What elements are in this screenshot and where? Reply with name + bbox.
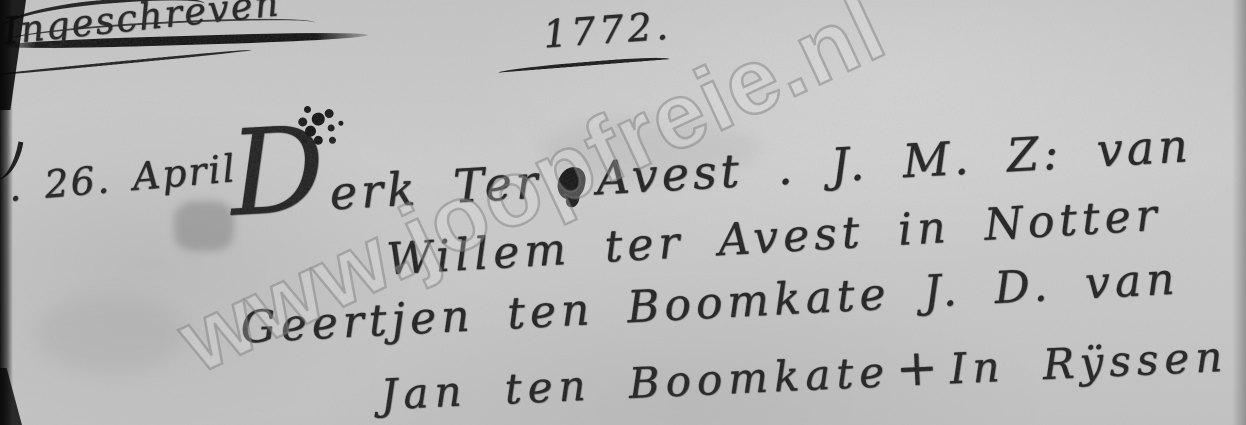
ornate-initial: D	[226, 100, 328, 243]
father-bride-name: Jan ten Boomkate	[379, 347, 891, 419]
ink-smudge	[174, 201, 234, 251]
cross-mark: +	[894, 338, 944, 398]
scan-edge-top-left	[0, 0, 26, 110]
paper-stain	[36, 296, 186, 372]
scanned-record-page: Ingeschreven 1772. . 26. April Derk TerA…	[0, 0, 1246, 425]
year-heading: 1772.	[542, 4, 674, 57]
scan-edge-right	[1232, 0, 1246, 425]
margin-note-underline	[0, 49, 252, 77]
place-name: In Rÿssen	[949, 332, 1230, 394]
year-underline	[498, 55, 670, 72]
